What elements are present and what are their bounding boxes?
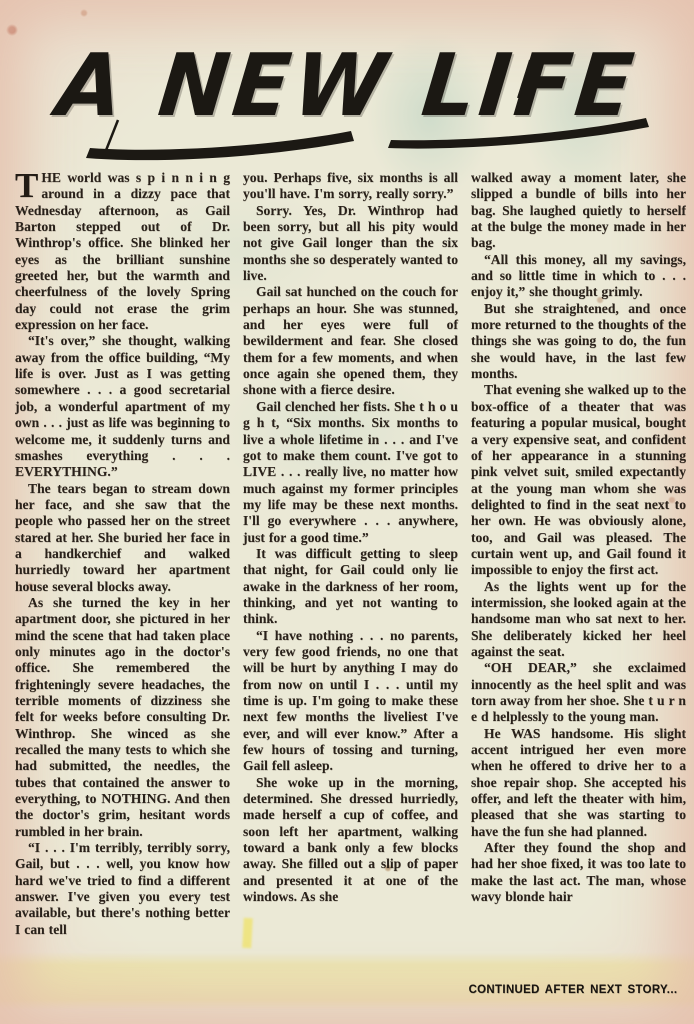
text-column-2: you. Perhaps five, six months is all you…	[243, 170, 458, 1010]
story-paragraph: Gail clenched her fists. She t h o u g h…	[243, 399, 458, 546]
continued-note: CONTINUED AFTER NEXT STORY...	[464, 982, 683, 996]
story-paragraph: walked away a moment later, she slipped …	[471, 170, 686, 252]
yellow-smudge-mark	[242, 918, 253, 948]
story-paragraph: It was difficult getting to sleep that n…	[243, 546, 458, 628]
story-paragraph: After they found the shop and had her sh…	[471, 840, 686, 905]
dropcap-letter: T	[15, 170, 41, 199]
story-paragraph: That evening she walked up to the box-of…	[471, 382, 686, 578]
story-title: A NEW LIFE	[52, 34, 641, 138]
story-paragraph: THE world was s p i n n i n g around in …	[15, 170, 230, 333]
text-column-1: THE world was s p i n n i n g around in …	[15, 170, 230, 1010]
story-paragraph: He WAS handsome. His slight accent intri…	[471, 726, 686, 840]
story-page: A NEW LIFE THE world was s p i n n i n g…	[0, 0, 694, 1024]
story-title-block: A NEW LIFE	[0, 34, 694, 164]
story-paragraph: The tears began to stream down her face,…	[15, 481, 230, 595]
story-paragraph: you. Perhaps five, six months is all you…	[243, 170, 458, 203]
story-paragraph: “I . . . I'm terribly, terribly sorry, G…	[15, 840, 230, 938]
story-paragraph: As the lights went up for the intermissi…	[471, 579, 686, 661]
story-paragraph: “It's over,” she thought, walking away f…	[15, 333, 230, 480]
text-column-3: walked away a moment later, she slipped …	[471, 170, 686, 1010]
story-paragraph: She woke up in the morning, determined. …	[243, 775, 458, 906]
story-paragraph: “All this money, all my savings, and so …	[471, 252, 686, 301]
story-paragraph: “OH DEAR,” she exclaimed innocently as t…	[471, 660, 686, 725]
story-paragraph: But she straightened, and once more retu…	[471, 301, 686, 383]
story-columns: THE world was s p i n n i n g around in …	[15, 170, 686, 1010]
story-paragraph: “I have nothing . . . no parents, very f…	[243, 628, 458, 775]
story-paragraph: As she turned the key in her apartment d…	[15, 595, 230, 840]
story-paragraph: Sorry. Yes, Dr. Winthrop had been sorry,…	[243, 203, 458, 285]
story-paragraph: Gail sat hunched on the couch for perhap…	[243, 284, 458, 398]
